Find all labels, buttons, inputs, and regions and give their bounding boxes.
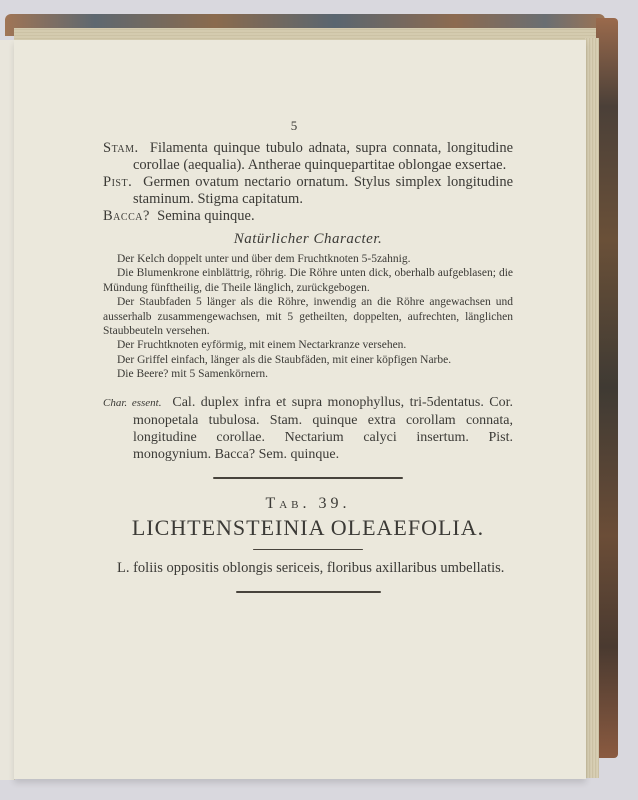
entry-label: Pist. xyxy=(103,174,132,190)
entry-stamina: Stam. Filamenta quinque tubulo adnata, s… xyxy=(103,140,513,174)
paragraph: Die Beere? mit 5 Samenkörnern. xyxy=(103,367,513,381)
divider-rule xyxy=(213,477,403,479)
paragraph: Die Blumenkrone einblättrig, röhrig. Die… xyxy=(103,266,513,295)
page-text: 5 Stam. Filamenta quinque tubulo adnata,… xyxy=(103,118,513,603)
divider-rule xyxy=(236,591,381,593)
essential-character-text: Cal. duplex infra et supra monophyllus, … xyxy=(133,395,513,462)
species-title: LICHTENSTEINIA OLEAEFOLIA. xyxy=(103,515,513,541)
divider-rule xyxy=(253,549,363,551)
species-diagnosis: L. foliis oppositis oblongis sericeis, f… xyxy=(103,560,513,577)
paragraph: Der Kelch doppelt unter und über dem Fru… xyxy=(103,252,513,266)
book-cover-right-edge xyxy=(596,18,618,758)
essential-character-label: Char. essent. xyxy=(103,397,161,409)
natural-character-heading: Natürlicher Character. xyxy=(103,231,513,248)
plate-number: Tab. 39. xyxy=(103,495,513,513)
entry-bacca: Bacca? Semina quinque. xyxy=(103,208,513,225)
entry-text: Filamenta quinque tubulo adnata, supra c… xyxy=(133,140,513,173)
entry-text: Germen ovatum nectario ornatum. Stylus s… xyxy=(133,174,513,207)
natural-character-text: Der Kelch doppelt unter und über dem Fru… xyxy=(103,252,513,382)
page-number: 5 xyxy=(75,118,513,134)
entry-text: Semina quinque. xyxy=(157,208,254,224)
paragraph: Der Fruchtknoten eyförmig, mit einem Nec… xyxy=(103,338,513,352)
paragraph: Der Griffel einfach, länger als die Stau… xyxy=(103,353,513,367)
entry-label: Stam. xyxy=(103,140,139,156)
entry-label: Bacca? xyxy=(103,208,150,224)
page-stack-right xyxy=(585,38,599,778)
essential-character: Char. essent. Cal. duplex infra et supra… xyxy=(103,394,513,463)
facing-page-edge xyxy=(0,40,15,780)
paragraph: Der Staubfaden 5 länger als die Röhre, i… xyxy=(103,295,513,338)
entry-pistillum: Pist. Germen ovatum nectario ornatum. St… xyxy=(103,174,513,208)
